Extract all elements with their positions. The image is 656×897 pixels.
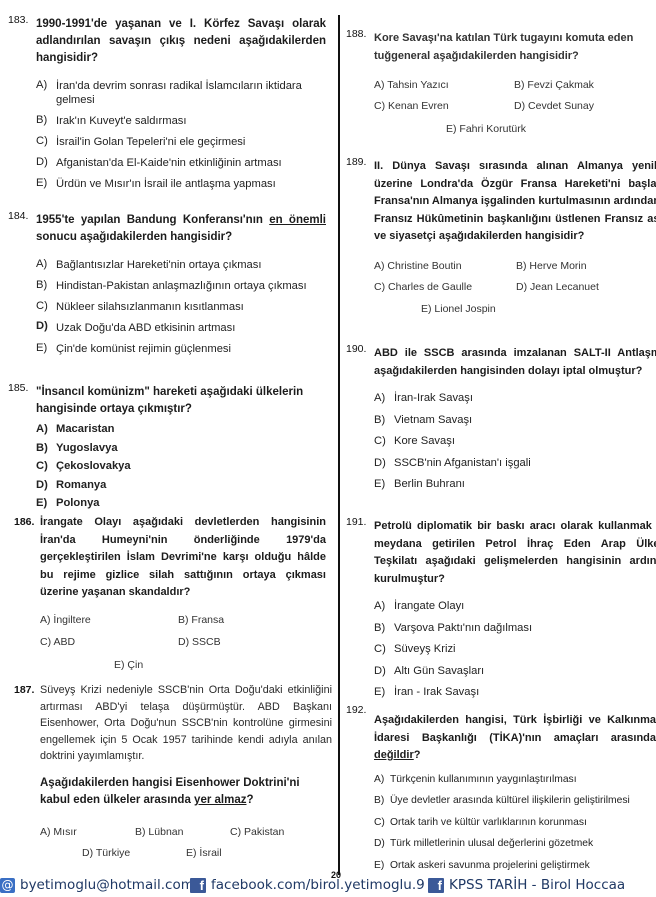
option-b[interactable]: B)Hindistan-Pakistan anlaşmazlığının ort… <box>36 275 326 296</box>
footer-facebook-profile[interactable]: f facebook.com/birol.yetimoglu.9 <box>190 877 425 893</box>
question-number: 188. <box>346 26 366 44</box>
option-a[interactable]: A) İngiltere <box>40 612 178 629</box>
option-e[interactable]: E)Çin'de komünist rejimin güçlenmesi <box>36 338 326 359</box>
option-a[interactable]: A)Bağlantısızlar Hareketi'nin ortaya çık… <box>36 254 326 275</box>
option-d[interactable]: D) Türkiye <box>82 845 186 862</box>
options-grid: A) Mısır B) Lübnan C) Pakistan <box>40 824 332 841</box>
question-stem: Aşağıdakilerden hangisi Eisenhower Doktr… <box>40 775 332 810</box>
question-188: 188. Kore Savaşı'na katılan Türk tugayın… <box>346 30 656 138</box>
question-stem: Petrolü diplomatik bir baskı aracı olara… <box>374 518 656 588</box>
option-c[interactable]: C)Süveyş Krizi <box>374 639 656 661</box>
option-d[interactable]: D) SSCB <box>178 634 326 651</box>
option-b[interactable]: B)Yugoslavya <box>36 439 326 458</box>
option-c[interactable]: C)Ortak tarih ve kültür varlıklarının ko… <box>374 812 656 834</box>
option-a[interactable]: A)Macaristan <box>36 420 326 439</box>
option-b[interactable]: B)Üye devletler arasında kültürel ilişki… <box>374 790 656 812</box>
question-stem: İrangate Olayı aşağıdaki devletlerden ha… <box>40 514 326 602</box>
option-d[interactable]: D)Uzak Doğu'da ABD etkisinin artması <box>36 317 326 338</box>
question-stem: "İnsancıl komünizm" hareketi aşağıdaki ü… <box>36 384 326 418</box>
option-c[interactable]: C) ABD <box>40 634 178 651</box>
question-192: 192. Aşağıdakilerden hangisi, Türk İşbir… <box>346 706 656 876</box>
emphasis-underline: en önemli <box>269 214 326 226</box>
option-d[interactable]: D)Romanya <box>36 476 326 495</box>
option-e[interactable]: E)Berlin Buhranı <box>374 474 656 496</box>
option-d[interactable]: D)Altı Gün Savaşları <box>374 661 656 683</box>
option-b[interactable]: B) Fevzi Çakmak <box>514 77 656 94</box>
option-a[interactable]: A)İran'da devrim sonrası radikal İslamcı… <box>36 75 326 110</box>
option-a[interactable]: A) Mısır <box>40 824 135 841</box>
option-a[interactable]: A)İrangate Olayı <box>374 596 656 618</box>
options-list: A)Türkçenin kullanımının yaygınlaştırılm… <box>374 769 656 877</box>
emphasis-underline: değildir <box>374 749 414 761</box>
option-e[interactable]: E)Polonya <box>36 494 326 513</box>
question-189: 189. II. Dünya Savaşı sırasında alınan A… <box>346 158 656 318</box>
question-number: 192. <box>346 702 366 720</box>
option-b[interactable]: B) Lübnan <box>135 824 230 841</box>
option-d[interactable]: D)SSCB'nin Afganistan'ı işgali <box>374 453 656 475</box>
question-number: 191. <box>346 514 366 532</box>
option-a[interactable]: A)Türkçenin kullanımının yaygınlaştırılm… <box>374 769 656 791</box>
question-number: 186. <box>14 514 34 532</box>
facebook-icon: f <box>190 878 206 893</box>
question-stem: 1990-1991'de yaşanan ve I. Körfez Savaşı… <box>36 16 326 67</box>
option-e[interactable]: E) Lionel Jospin <box>421 301 656 318</box>
column-divider <box>338 15 340 875</box>
question-stem: ABD ile SSCB arasında imzalanan SALT-II … <box>374 345 656 380</box>
question-191: 191. Petrolü diplomatik bir baskı aracı … <box>346 518 656 704</box>
question-186: 186. İrangate Olayı aşağıdaki devletlerd… <box>14 514 326 674</box>
option-d[interactable]: D)Türk milletlerinin ulusal değerlerini … <box>374 833 656 855</box>
option-c[interactable]: C)İsrail'in Golan Tepeleri'ni ele geçirm… <box>36 131 326 152</box>
question-184: 184. 1955'te yapılan Bandung Konferansı'… <box>8 212 326 359</box>
question-number: 184. <box>8 208 28 226</box>
option-e[interactable]: E) İsrail <box>186 845 222 862</box>
option-c[interactable]: C) Pakistan <box>230 824 332 841</box>
question-stem: Kore Savaşı'na katılan Türk tugayını kom… <box>374 30 656 65</box>
options-list: A)Macaristan B)Yugoslavya C)Çekoslovakya… <box>36 420 326 513</box>
options-grid: A) İngiltere B) Fransa C) ABD D) SSCB <box>40 612 326 651</box>
option-d[interactable]: D) Cevdet Sunay <box>514 98 656 115</box>
options-list: A)İran'da devrim sonrası radikal İslamcı… <box>36 75 326 194</box>
question-passage: Süveyş Krizi nedeniyle SSCB'nin Orta Doğ… <box>40 682 332 765</box>
facebook-icon: f <box>428 878 444 893</box>
option-e[interactable]: E)İran - Irak Savaşı <box>374 682 656 704</box>
option-e[interactable]: E) Çin <box>114 657 326 674</box>
question-stem: Aşağıdakilerden hangisi, Türk İşbirliği … <box>374 712 656 765</box>
question-stem: II. Dünya Savaşı sırasında alınan Almany… <box>374 158 656 246</box>
options-list: A)Bağlantısızlar Hareketi'nin ortaya çık… <box>36 254 326 359</box>
footer-facebook-page[interactable]: f KPSS TARİH - Birol Hoccaa <box>428 877 625 893</box>
options-grid: A) Tahsin Yazıcı B) Fevzi Çakmak C) Kena… <box>374 77 656 115</box>
option-d[interactable]: D)Afganistan'da El-Kaide'nin etkinliğini… <box>36 152 326 173</box>
option-b[interactable]: B) Fransa <box>178 612 326 629</box>
option-c[interactable]: C)Kore Savaşı <box>374 431 656 453</box>
option-e[interactable]: E) Fahri Korutürk <box>446 121 656 138</box>
options-list: A)İrangate Olayı B)Varşova Paktı'nın dağ… <box>374 596 656 704</box>
at-mail-icon: @ <box>0 878 15 893</box>
options-row-2: D) Türkiye E) İsrail <box>82 845 332 862</box>
footer: @ byetimoglu@hotmail.com f facebook.com/… <box>0 874 656 897</box>
question-stem: 1955'te yapılan Bandung Konferansı'nın e… <box>36 212 326 246</box>
option-a[interactable]: A)İran-Irak Savaşı <box>374 388 656 410</box>
option-c[interactable]: C)Çekoslovakya <box>36 457 326 476</box>
option-b[interactable]: B)Vietnam Savaşı <box>374 410 656 432</box>
question-183: 183. 1990-1991'de yaşanan ve I. Körfez S… <box>8 16 326 194</box>
question-number: 187. <box>14 682 34 700</box>
options-grid: A) Christine Boutin B) Herve Morin C) Ch… <box>374 258 656 296</box>
option-c[interactable]: C) Kenan Evren <box>374 98 514 115</box>
question-187: 187. Süveyş Krizi nedeniyle SSCB'nin Ort… <box>14 682 332 862</box>
option-e[interactable]: E)Ürdün ve Mısır'ın İsrail ile antlaşma … <box>36 173 326 194</box>
option-c[interactable]: C)Nükleer silahsızlanmanın kısıtlanması <box>36 296 326 317</box>
emphasis-underline: yer almaz <box>194 794 246 806</box>
option-d[interactable]: D) Jean Lecanuet <box>516 279 656 296</box>
option-a[interactable]: A) Tahsin Yazıcı <box>374 77 514 94</box>
question-190: 190. ABD ile SSCB arasında imzalanan SAL… <box>346 345 656 496</box>
options-list: A)İran-Irak Savaşı B)Vietnam Savaşı C)Ko… <box>374 388 656 496</box>
question-number: 183. <box>8 12 28 30</box>
question-number: 190. <box>346 341 366 359</box>
option-c[interactable]: C) Charles de Gaulle <box>374 279 516 296</box>
footer-email[interactable]: @ byetimoglu@hotmail.com <box>0 877 194 893</box>
option-e[interactable]: E)Ortak askeri savunma projelerini geliş… <box>374 855 656 877</box>
question-number: 185. <box>8 380 28 398</box>
question-number: 189. <box>346 154 366 172</box>
option-b[interactable]: B) Herve Morin <box>516 258 656 275</box>
question-185: 185. "İnsancıl komünizm" hareketi aşağıd… <box>8 384 326 513</box>
option-b[interactable]: B)Irak'ın Kuveyt'e saldırması <box>36 110 326 131</box>
option-a[interactable]: A) Christine Boutin <box>374 258 516 275</box>
option-b[interactable]: B)Varşova Paktı'nın dağılması <box>374 618 656 640</box>
